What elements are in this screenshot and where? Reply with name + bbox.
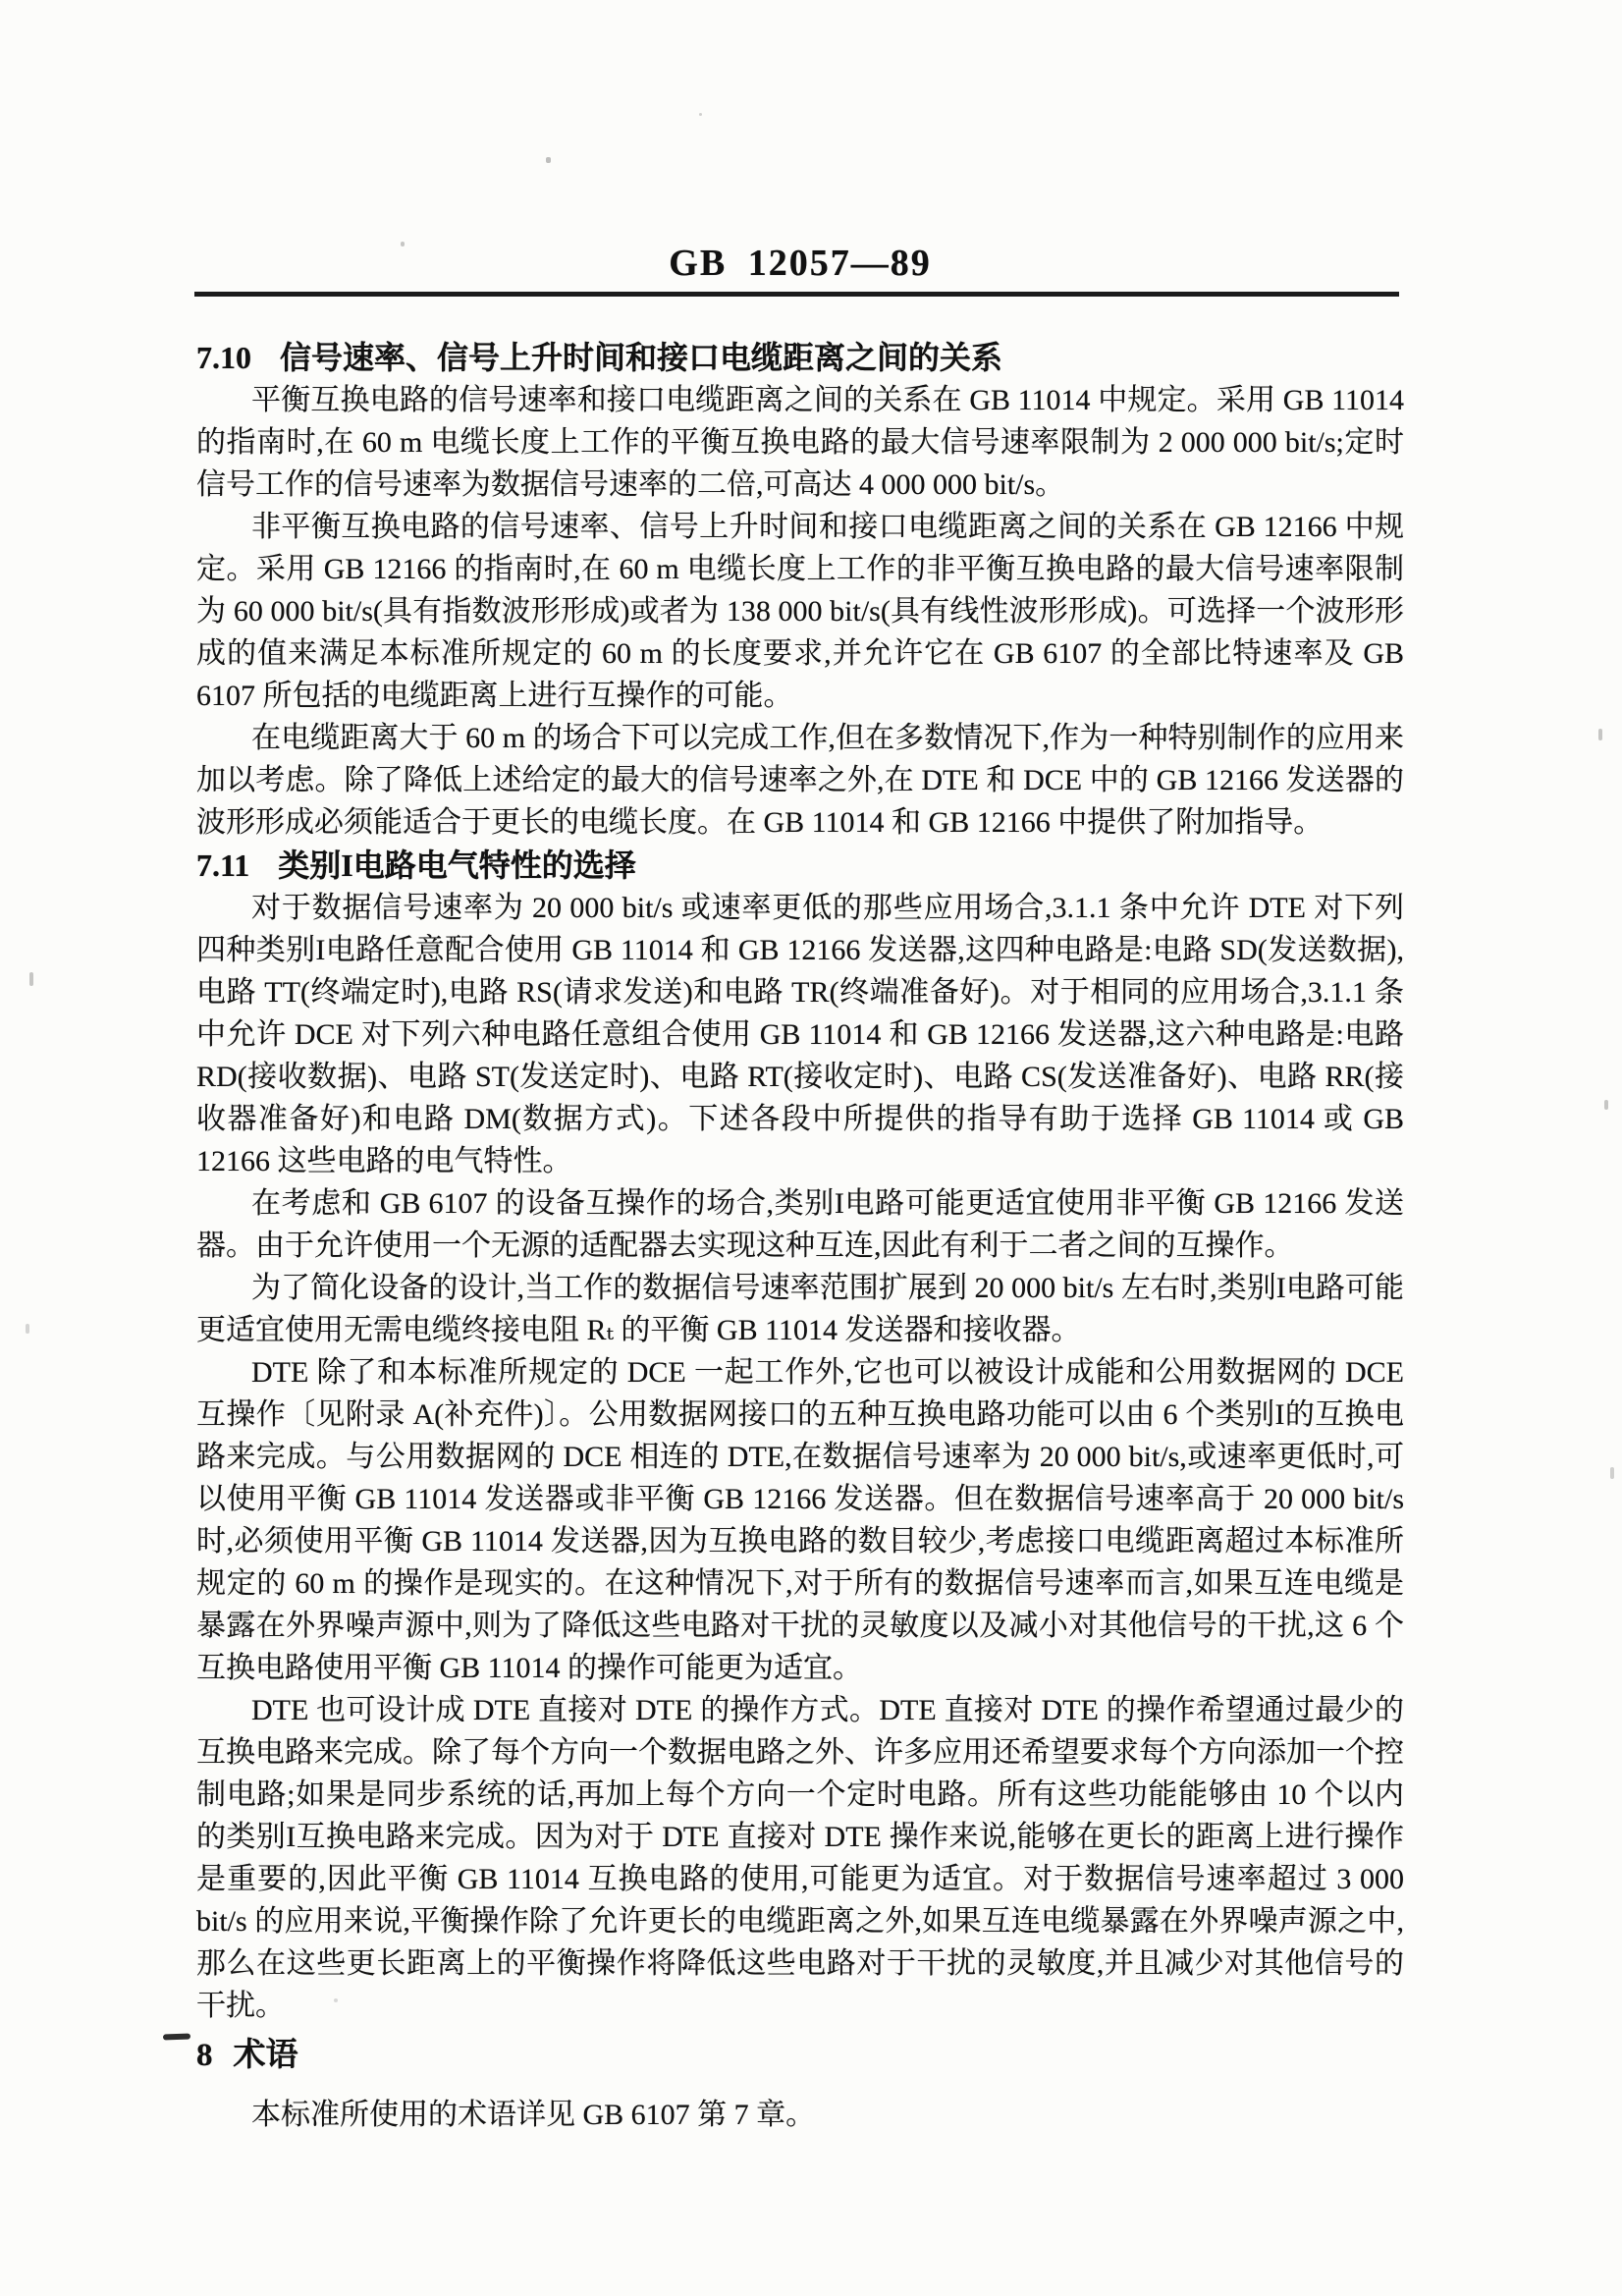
paragraph: 对于数据信号速率为 20 000 bit/s 或速率更低的那些应用场合,3.1.… [196,887,1404,1182]
paragraph: 在电缆距离大于 60 m 的场合下可以完成工作,但在多数情况下,作为一种特别制作… [196,717,1404,844]
section-number: 8 [196,2038,213,2073]
section-title: 术语 [234,2038,298,2073]
section-number: 7.11 [196,847,249,883]
scan-artifact-dash [163,2034,190,2041]
section-heading-7-10: 7.10信号速率、信号上升时间和接口电缆距离之间的关系 [196,336,1404,379]
section-title: 信号速率、信号上升时间和接口电缆距离之间的关系 [280,340,1002,375]
document-body: 7.10信号速率、信号上升时间和接口电缆距离之间的关系 平衡互换电路的信号速率和… [196,336,1404,2136]
chapter-heading-8: 8术语 [196,2033,1404,2078]
scan-speck [26,1324,29,1334]
standard-number: GB 12057—89 [196,242,1404,285]
scan-speck [29,972,33,986]
scan-speck [1604,1100,1608,1110]
section-number: 7.10 [196,340,251,375]
header-rule [194,292,1399,297]
section-title: 类别I电路电气特性的选择 [278,847,635,883]
scan-speck [401,242,405,246]
scan-speck [334,1998,338,2002]
paragraph: DTE 除了和本标准所规定的 DCE 一起工作外,它也可以被设计成能和公用数据网… [196,1351,1404,1689]
scan-speck [699,113,702,116]
scan-speck [546,157,551,163]
paragraph: DTE 也可设计成 DTE 直接对 DTE 的操作方式。DTE 直接对 DTE … [196,1689,1404,2027]
section-heading-7-11: 7.11类别I电路电气特性的选择 [196,844,1404,887]
paragraph: 为了简化设备的设计,当工作的数据信号速率范围扩展到 20 000 bit/s 左… [196,1267,1404,1351]
paragraph: 在考虑和 GB 6107 的设备互操作的场合,类别I电路可能更适宜使用非平衡 G… [196,1182,1404,1267]
scan-speck [1598,729,1602,740]
scan-speck [1610,1467,1614,1479]
paragraph: 平衡互换电路的信号速率和接口电缆距离之间的关系在 GB 11014 中规定。采用… [196,379,1404,506]
paragraph: 非平衡互换电路的信号速率、信号上升时间和接口电缆距离之间的关系在 GB 1216… [196,506,1404,717]
paragraph: 本标准所使用的术语详见 GB 6107 第 7 章。 [196,2094,1404,2136]
scanned-standard-page: GB 12057—89 7.10信号速率、信号上升时间和接口电缆距离之间的关系 … [0,0,1622,2296]
